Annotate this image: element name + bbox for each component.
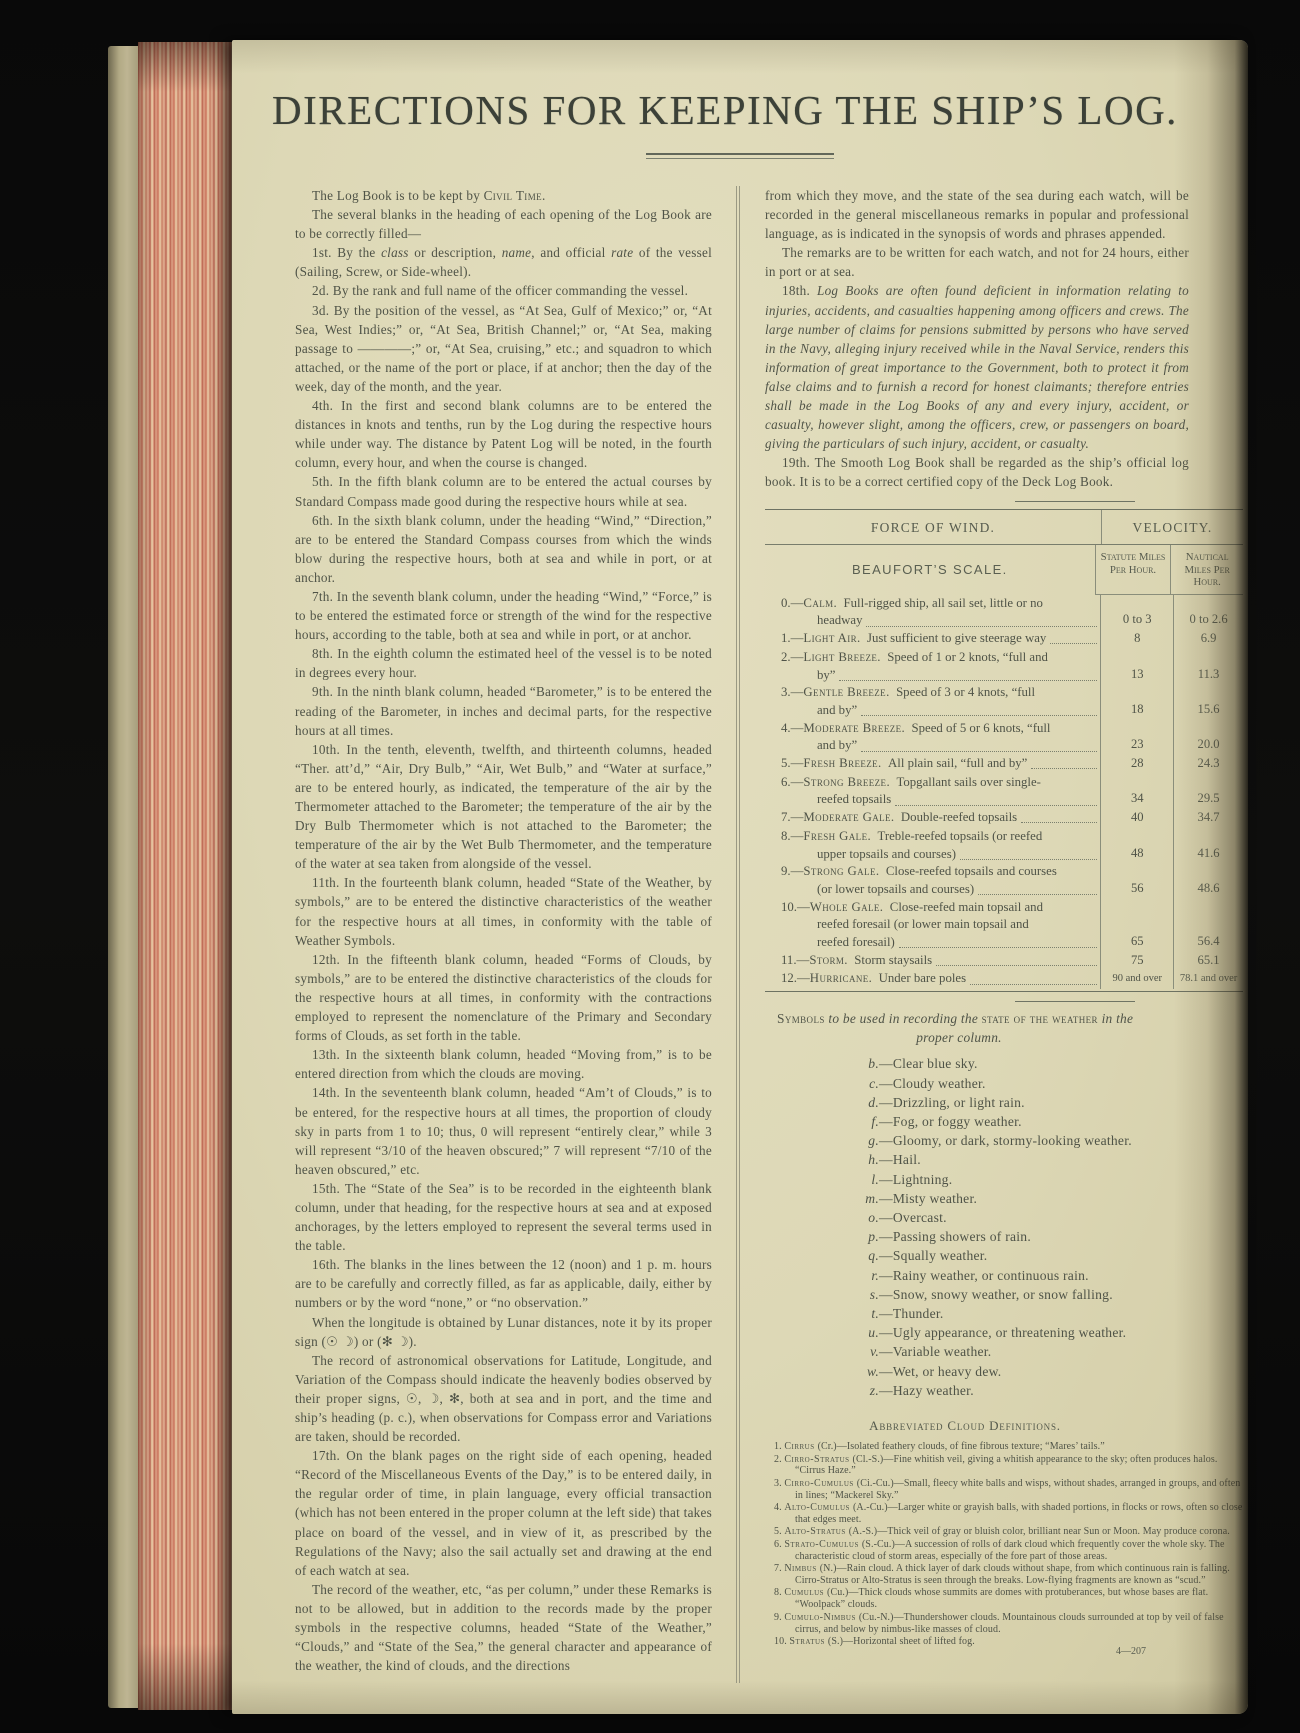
velocity-header: VELOCITY. [1101,510,1243,545]
weather-symbol-item: u.—Ugly appearance, or threatening weath… [765,1323,1245,1342]
dotted-leader [978,881,1097,895]
table-bottom-rule [765,991,1243,992]
statute-miles-value: 65 [1100,899,1173,952]
paragraph: 7th. In the seventh blank column, under … [295,587,712,644]
statute-miles-value: 23 [1100,720,1173,755]
nautical-miles-value: 65.1 [1173,952,1243,971]
paragraph: 5th. In the fifth blank column are to be… [295,472,712,510]
cloud-definition-item: 7. Nimbus (N.)—Rain cloud. A thick layer… [765,1563,1245,1587]
paragraph: 8th. In the eighth column the estimated … [295,644,712,682]
statute-miles-value: 13 [1100,649,1173,684]
nautical-miles-value: 0 to 2.6 [1173,595,1243,630]
dotted-leader [970,970,1097,984]
statute-miles-value: 48 [1100,828,1173,863]
paragraph: 17th. On the blank pages on the right si… [295,1446,712,1580]
statute-miles-value: 8 [1100,630,1173,649]
statute-miles-value: 34 [1100,774,1173,809]
statute-miles-value: 90 and over [1100,970,1173,989]
table-row: 2.—Light Breeze. Speed of 1 or 2 knots, … [765,649,1243,684]
cloud-definition-item: 1. Cirrus (Cr.)—Isolated feathery clouds… [765,1441,1245,1453]
paragraph: from which they move, and the state of t… [765,186,1245,243]
cloud-definition-item: 4. Alto-Cumulus (A.-Cu.)—Larger white or… [765,1502,1245,1526]
cloud-definition-item: 5. Alto-Stratus (A.-S.)—Thick veil of gr… [765,1526,1245,1538]
weather-symbol-item: r.—Rainy weather, or continuous rain. [765,1266,1245,1285]
weather-symbol-item: l.—Lightning. [765,1170,1245,1189]
nautical-miles-value: 24.3 [1173,755,1243,774]
dotted-leader [861,737,1097,751]
nautical-miles-value: 56.4 [1173,899,1243,952]
page-title: DIRECTIONS FOR KEEPING THE SHIP’S LOG. [262,86,1188,134]
weather-symbol-item: g.—Gloomy, or dark, stormy-looking weath… [765,1131,1245,1150]
statute-miles-value: 28 [1100,755,1173,774]
weather-symbols-heading-line2: proper column. [765,1028,1245,1047]
weather-symbol-item: w.—Wet, or heavy dew. [765,1362,1245,1381]
weather-symbol-item: f.—Fog, or foggy weather. [765,1112,1245,1131]
title-rule [646,153,834,159]
paragraph: 12th. In the fifteenth blank column, hea… [295,950,712,1045]
nautical-miles-value: 6.9 [1173,630,1243,649]
dotted-leader [1031,755,1097,769]
dotted-leader [899,934,1098,948]
right-paragraphs: from which they move, and the state of t… [765,186,1245,492]
nautical-miles-value: 41.6 [1173,828,1243,863]
weather-symbol-item: o.—Overcast. [765,1208,1245,1227]
table-row: 7.—Moderate Gale. Double-reefed topsails… [765,809,1243,828]
table-row: 4.—Moderate Breeze. Speed of 5 or 6 knot… [765,720,1243,755]
dotted-leader [1050,630,1097,644]
wind-force-table: FORCE OF WIND. VELOCITY. BEAUFORT’S SCAL… [765,509,1243,993]
wind-table-body: 0.—Calm. Full-rigged ship, all sail set,… [765,595,1243,989]
dotted-leader [861,702,1097,716]
weather-symbol-item: v.—Variable weather. [765,1342,1245,1361]
statute-miles-value: 18 [1100,684,1173,719]
cloud-definitions-heading: Abbreviated Cloud Definitions. [765,1416,1245,1435]
section-rule [1015,501,1135,502]
weather-symbol-item: q.—Squally weather. [765,1246,1245,1265]
weather-symbol-item: d.—Drizzling, or light rain. [765,1093,1245,1112]
statute-miles-value: 0 to 3 [1100,595,1173,630]
table-row: 10.—Whole Gale. Close-reefed main topsai… [765,899,1243,952]
weather-symbol-item: h.—Hail. [765,1150,1245,1169]
table-row: 0.—Calm. Full-rigged ship, all sail set,… [765,595,1243,630]
weather-symbol-item: t.—Thunder. [765,1304,1245,1323]
paragraph: 3d. By the position of the vessel, as “A… [295,301,712,396]
cloud-definition-item: 6. Strato-Cumulus (S.-Cu.)—A succession … [765,1539,1245,1563]
dotted-leader [895,791,1097,805]
cloud-definition-item: 9. Cumulo-Nimbus (Cu.-N.)—Thundershower … [765,1612,1245,1636]
statute-miles-value: 56 [1100,863,1173,898]
weather-symbol-item: b.—Clear blue sky. [765,1054,1245,1073]
weather-symbol-item: c.—Cloudy weather. [765,1074,1245,1093]
table-row: 8.—Fresh Gale. Treble-reefed topsails (o… [765,828,1243,863]
paragraph: 16th. The blanks in the lines between th… [295,1255,712,1312]
table-row: 1.—Light Air. Just sufficient to give st… [765,630,1243,649]
paragraph: When the longitude is obtained by Lunar … [295,1313,712,1351]
weather-symbol-item: s.—Snow, snowy weather, or snow falling. [765,1285,1245,1304]
weather-symbol-item: m.—Misty weather. [765,1189,1245,1208]
column-divider-rule [736,186,740,1683]
cloud-definition-item: 3. Cirro-Cumulus (Ci.-Cu.)—Small, fleecy… [765,1478,1245,1502]
statute-miles-header: Statute Miles Per Hour. [1095,545,1171,595]
paragraph: 6th. In the sixth blank column, under th… [295,511,712,587]
dotted-leader [936,952,1097,966]
paragraph: 2d. By the rank and full name of the off… [295,281,712,300]
paragraph: The Log Book is to be kept by Civil Time… [295,186,712,205]
dotted-leader [1021,809,1097,823]
table-row: 11.—Storm. Storm staysails7565.1 [765,952,1243,971]
cloud-definition-item: 2. Cirro-Stratus (Cl.-S.)—Fine whitish v… [765,1454,1245,1478]
paragraph: 15th. The “State of the Sea” is to be re… [295,1179,712,1255]
paragraph: 14th. In the seventeenth blank column, h… [295,1083,712,1178]
paragraph: 18th. Log Books are often found deficien… [765,281,1245,453]
paragraph: 19th. The Smooth Log Book shall be regar… [765,453,1245,491]
table-row: 5.—Fresh Breeze. All plain sail, “full a… [765,755,1243,774]
paragraph: The several blanks in the heading of eac… [295,205,712,243]
dotted-leader [960,846,1097,860]
statute-miles-value: 75 [1100,952,1173,971]
dotted-leader [839,667,1097,681]
table-row: 9.—Strong Gale. Close-reefed topsails an… [765,863,1243,898]
table-row: 12.—Hurricane. Under bare poles90 and ov… [765,970,1243,989]
cloud-definitions-list: 1. Cirrus (Cr.)—Isolated feathery clouds… [765,1441,1245,1648]
book-cover-cloth-edge [108,46,140,1708]
table-header-row: FORCE OF WIND. VELOCITY. [765,510,1243,545]
printers-mark: 4—207 [1116,1646,1146,1657]
paragraph: 4th. In the first and second blank colum… [295,396,712,472]
left-column: The Log Book is to be kept by Civil Time… [295,186,712,1675]
nautical-miles-value: 11.3 [1173,649,1243,684]
cloud-definition-item: 8. Cumulus (Cu.)—Thick clouds whose summ… [765,1587,1245,1611]
statute-miles-value: 40 [1100,809,1173,828]
dotted-leader [866,612,1097,626]
weather-symbol-item: z.—Hazy weather. [765,1381,1245,1400]
paragraph: The record of the weather, etc, “as per … [295,1580,712,1675]
paragraph: 9th. In the ninth blank column, headed “… [295,682,712,739]
paragraph: 10th. In the tenth, eleventh, twelfth, a… [295,740,712,874]
scanned-book-photo: { "title": "DIRECTIONS FOR KEEPING THE S… [0,0,1300,1733]
beaufort-scale-header: BEAUFORT’S SCALE. [765,545,1095,595]
scanned-page: DIRECTIONS FOR KEEPING THE SHIP’S LOG. T… [232,40,1248,1714]
weather-symbols-heading-line1: Symbols to be used in recording the stat… [765,1009,1245,1028]
nautical-miles-value: 15.6 [1173,684,1243,719]
paragraph: The remarks are to be written for each w… [765,243,1245,281]
table-row: 6.—Strong Breeze. Topgallant sails over … [765,774,1243,809]
right-column: from which they move, and the state of t… [765,186,1245,1649]
book-page-edges [138,42,232,1710]
weather-symbol-item: p.—Passing showers of rain. [765,1227,1245,1246]
paragraph: 1st. By the class or description, name, … [295,243,712,281]
table-subheader-row: BEAUFORT’S SCALE. Statute Miles Per Hour… [765,545,1243,595]
section-rule [1015,1001,1135,1002]
nautical-miles-header: Nautical Miles Per Hour. [1170,545,1243,595]
nautical-miles-value: 78.1 and over [1173,970,1243,989]
nautical-miles-value: 29.5 [1173,774,1243,809]
nautical-miles-value: 34.7 [1173,809,1243,828]
nautical-miles-value: 20.0 [1173,720,1243,755]
weather-symbols-list: b.—Clear blue sky.c.—Cloudy weather.d.—D… [765,1054,1245,1400]
force-of-wind-header: FORCE OF WIND. [765,510,1101,545]
nautical-miles-value: 48.6 [1173,863,1243,898]
table-row: 3.—Gentle Breeze. Speed of 3 or 4 knots,… [765,684,1243,719]
cloud-definition-item: 10. Stratus (S.)—Horizontal sheet of lif… [765,1636,1245,1648]
paragraph: 11th. In the fourteenth blank column, he… [295,873,712,949]
paragraph: The record of astronomical observations … [295,1351,712,1446]
paragraph: 13th. In the sixteenth blank column, hea… [295,1045,712,1083]
